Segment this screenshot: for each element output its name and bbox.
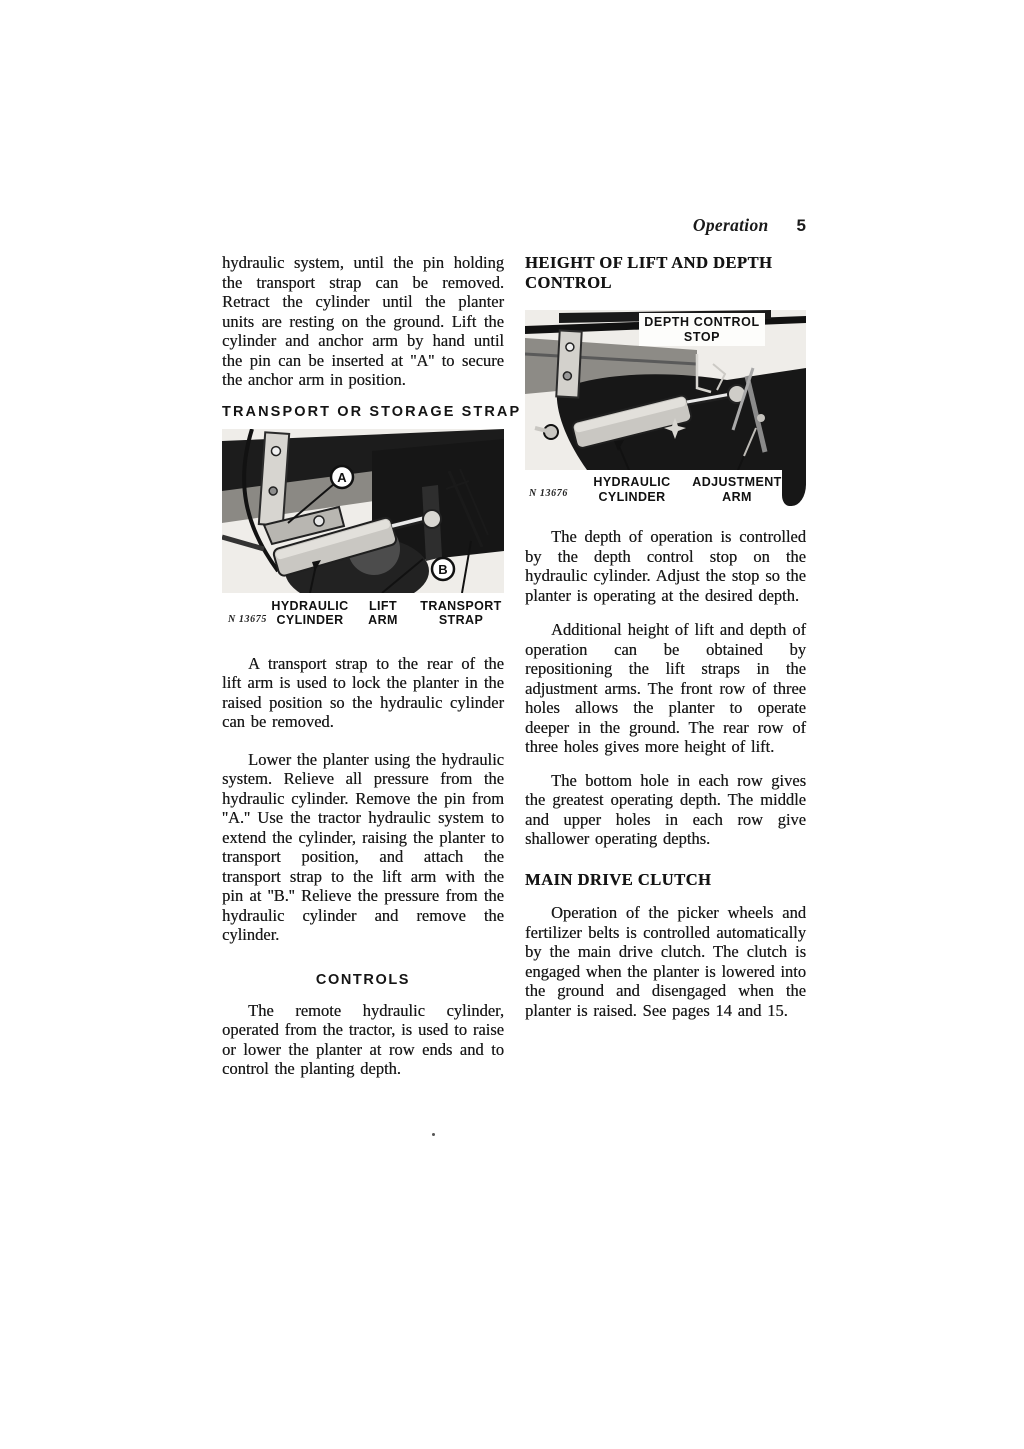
depth-paragraph-1: The depth of operation is controlled by …	[525, 527, 806, 605]
controls-heading: CONTROLS	[222, 972, 504, 988]
figure-depth-control: DEPTH CONTROL STOP HYDRAULIC CYLINDER AD…	[525, 310, 806, 516]
scan-speck	[432, 1133, 435, 1136]
depth-paragraph-2: Additional height of lift and depth of o…	[525, 620, 806, 757]
transport-or-storage-strap-heading: TRANSPORT OR STORAGE STRAP	[222, 404, 504, 420]
anchor-bracket	[259, 432, 289, 525]
lift-arm-label: LIFT ARM	[353, 599, 413, 628]
left-column: hydraulic system, until the pin holding …	[222, 253, 504, 1079]
height-of-lift-heading: HEIGHT OF LIFT AND DEPTH CONTROL	[525, 253, 806, 292]
section-title: Operation	[693, 215, 769, 235]
right-column: HEIGHT OF LIFT AND DEPTH CONTROL	[525, 253, 806, 1020]
callout-a-letter: A	[337, 470, 347, 485]
transport-strap-label: TRANSPORT STRAP	[415, 599, 507, 628]
photo-id-n13676: N 13676	[529, 488, 568, 499]
transport-paragraph-1: A transport strap to the rear of the lif…	[222, 654, 504, 732]
depth-figure-labels: HYDRAULIC CYLINDER ADJUSTMENT ARM N 1367…	[525, 470, 806, 516]
photo-id-n13675: N 13675	[228, 614, 267, 625]
page-header: Operation5	[525, 215, 806, 236]
page-number: 5	[797, 216, 806, 235]
figure-transport-strap: A B HYDRAULIC CYLINDER LIFT ARM TRANSPOR…	[222, 429, 504, 642]
clutch-paragraph: Operation of the picker wheels and ferti…	[525, 903, 806, 1020]
transport-paragraph-2: Lower the planter using the hydraulic sy…	[222, 750, 504, 945]
hydraulic-cylinder-label: HYDRAULIC CYLINDER	[572, 475, 692, 504]
manual-page: Operation5 hydraulic system, until the p…	[0, 0, 1024, 1449]
adjustment-arm-label: ADJUSTMENT ARM	[677, 475, 797, 504]
main-drive-clutch-heading: MAIN DRIVE CLUTCH	[525, 870, 806, 890]
depth-paragraph-3: The bottom hole in each row gives the gr…	[525, 771, 806, 849]
depth-control-stop-label: DEPTH CONTROL STOP	[639, 313, 765, 346]
transport-figure-labels: HYDRAULIC CYLINDER LIFT ARM TRANSPORT ST…	[222, 593, 504, 642]
transport-strap-photo: A B	[222, 429, 504, 593]
hydraulic-cylinder-label: HYDRAULIC CYLINDER	[250, 599, 370, 628]
callout-b-letter: B	[438, 562, 447, 577]
intro-paragraph: hydraulic system, until the pin holding …	[222, 253, 504, 390]
controls-paragraph: The remote hydraulic cylinder, operated …	[222, 1001, 504, 1079]
frame-bracket	[556, 330, 581, 397]
